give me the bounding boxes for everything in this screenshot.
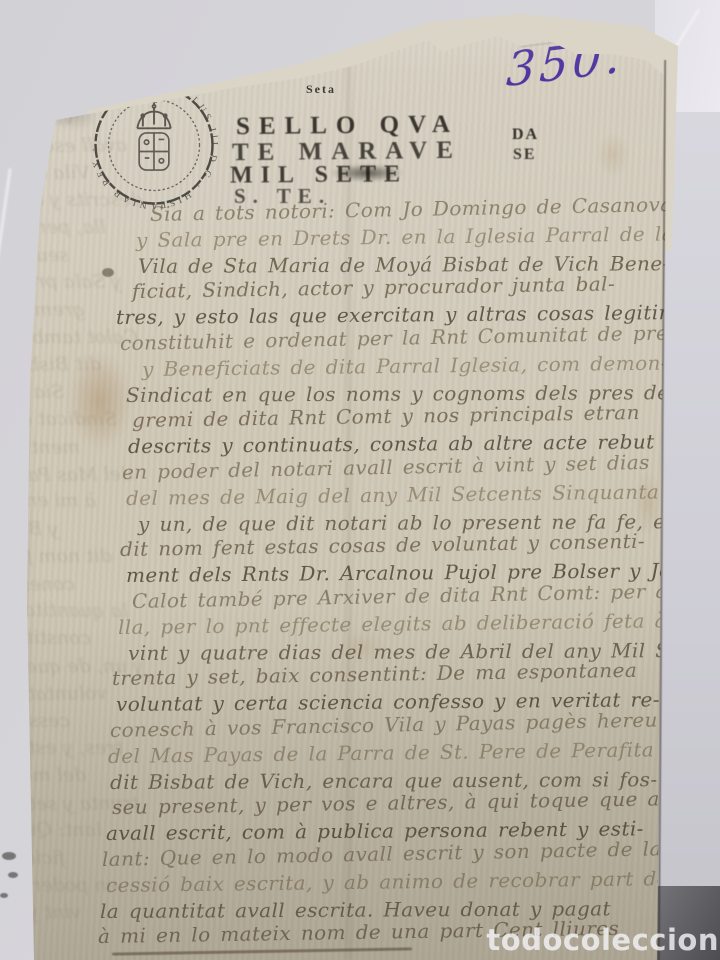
handwritten-date-word: 6 Marzo — [55, 39, 159, 74]
debris-speck — [0, 893, 8, 898]
debris-speck — [8, 872, 18, 878]
ink-smudge — [330, 164, 404, 182]
manuscript-page: ficiat, Sindich, actor y procurador junt… — [0, 0, 720, 960]
tax-stamp-heading: Seta — [306, 82, 336, 97]
showthrough-line: en poder del notari avall escrit à vint … — [0, 78, 111, 102]
manuscript-line: cessió baix escrita, y ab animo de recob… — [106, 866, 669, 897]
photo-scene: ficiat, Sindich, actor y procurador junt… — [0, 0, 720, 960]
handwritten-date-year: 1760 — [59, 69, 130, 103]
manuscript-line: lla, per lo pnt effecte elegits ab delib… — [118, 608, 667, 639]
manuscript-line: y Sala pre en Drets Dr. en la Iglesia Pa… — [136, 221, 674, 252]
manuscript-line: del Mas Payas de la Parra de St. Pere de… — [108, 737, 654, 768]
tax-stamp-fragment: SE — [513, 146, 537, 164]
manuscript-line: del mes de Maig del any Mil Setcents Sin… — [126, 479, 659, 510]
shield-icon — [139, 133, 169, 170]
debris-speck — [2, 852, 16, 860]
watermark: todocoleccion — [486, 923, 719, 957]
showthrough-line: Vila de Sta Maria de Moyá Bisbat de Vich… — [0, 157, 90, 184]
manuscript-text: Sia a tots notori: Com Jo Domingo de Cas… — [0, 202, 720, 960]
backdrop-streak — [0, 168, 12, 263]
showthrough-line: vint y quatre dias del mes de Abril del … — [0, 107, 74, 131]
showthrough-line: ficiat, Sindich, actor y procurador junt… — [0, 48, 58, 74]
tax-stamp-fragment: DA — [512, 126, 539, 144]
manuscript-line: y Beneficiats de dita Parral Iglesia, co… — [142, 350, 668, 380]
